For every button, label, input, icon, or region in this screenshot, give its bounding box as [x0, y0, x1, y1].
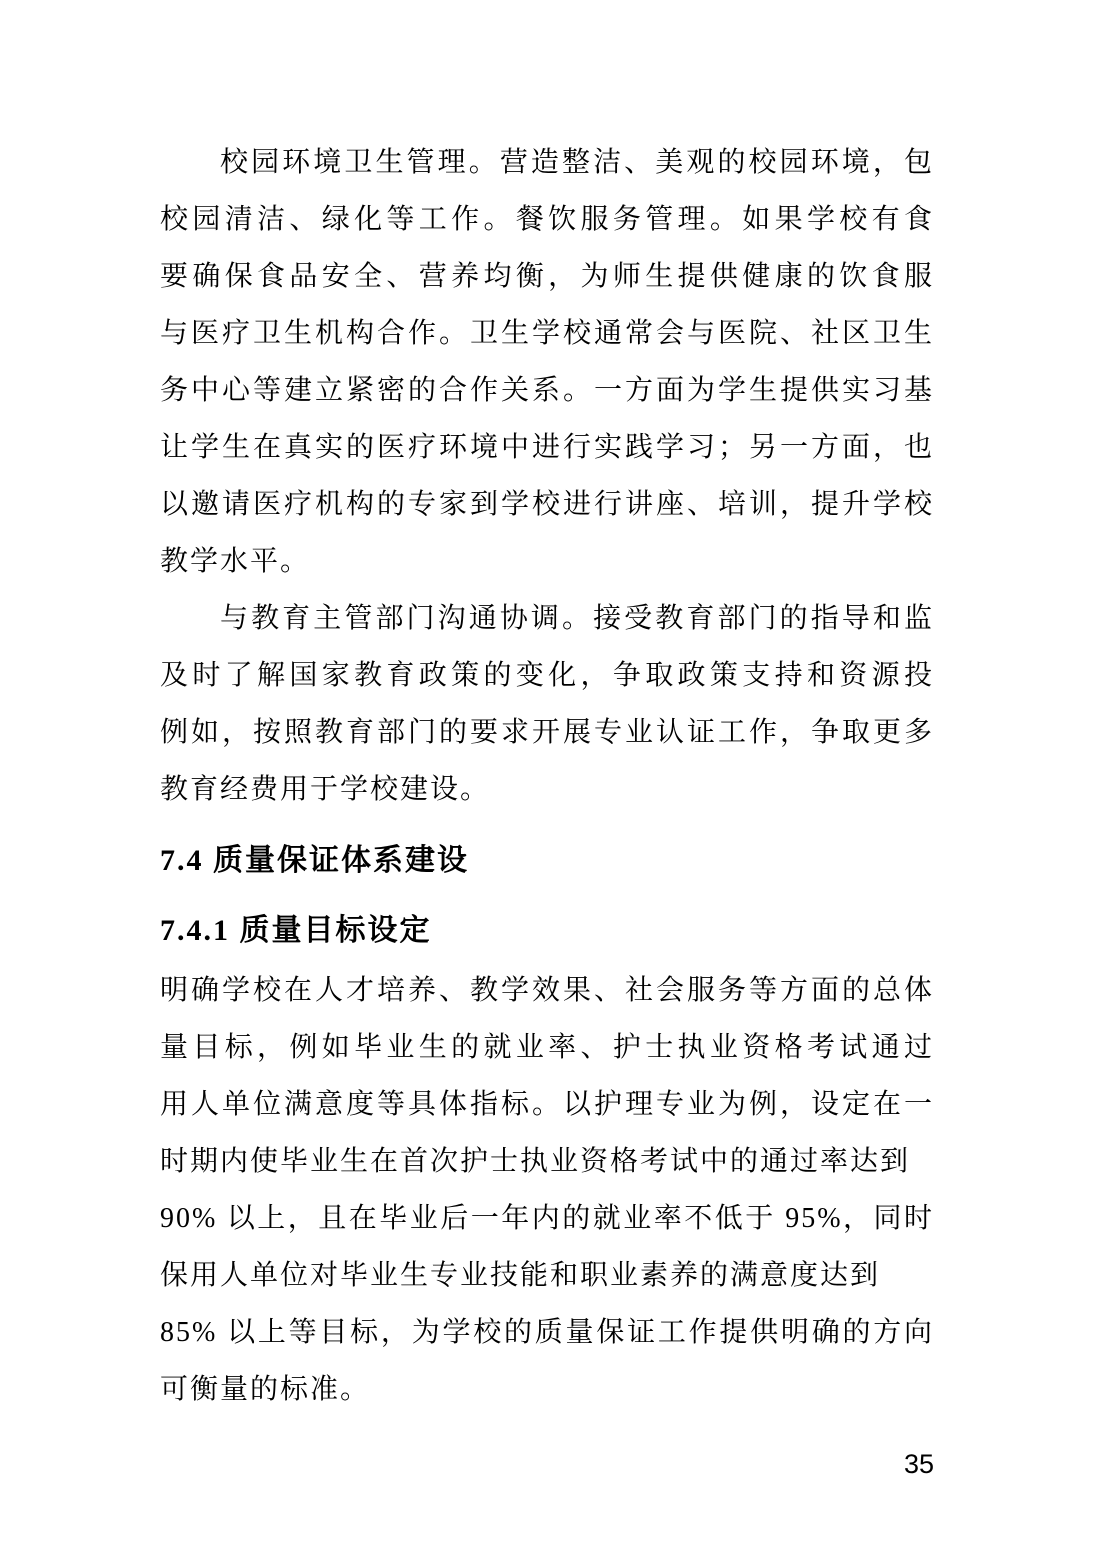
body-text-column: 校园环境卫生管理。营造整洁、美观的校园环境，包括 校园清洁、绿化等工作。餐饮服务…	[160, 134, 934, 1418]
text-line: 要确保食品安全、营养均衡，为师生提供健康的饮食服务。	[160, 248, 934, 305]
text-line: 及时了解国家教育政策的变化，争取政策支持和资源投入。	[160, 647, 934, 704]
text-line: 明确学校在人才培养、教学效果、社会服务等方面的总体质	[160, 962, 934, 1019]
text-line: 90% 以上，且在毕业后一年内的就业率不低于 95%，同时确	[160, 1190, 934, 1247]
paragraph-education-dept: 与教育主管部门沟通协调。接受教育部门的指导和监督， 及时了解国家教育政策的变化，…	[160, 590, 934, 818]
text-line: 校园清洁、绿化等工作。餐饮服务管理。如果学校有食堂，	[160, 191, 934, 248]
text-line: 85% 以上等目标，为学校的质量保证工作提供明确的方向和	[160, 1304, 934, 1361]
text-line: 与医疗卫生机构合作。卫生学校通常会与医院、社区卫生服	[160, 305, 934, 362]
text-line: 务中心等建立紧密的合作关系。一方面为学生提供实习基地，	[160, 362, 934, 419]
text-line: 保用人单位对毕业生专业技能和职业素养的满意度达到	[160, 1247, 934, 1304]
text-line: 以邀请医疗机构的专家到学校进行讲座、培训，提升学校的	[160, 476, 934, 533]
paragraph-quality-goal: 明确学校在人才培养、教学效果、社会服务等方面的总体质 量目标，例如毕业生的就业率…	[160, 962, 934, 1418]
text-line: 教育经费用于学校建设。	[160, 761, 934, 818]
section-heading: 7.4 质量保证体系建设	[160, 832, 934, 889]
text-line: 用人单位满意度等具体指标。以护理专业为例，设定在一定	[160, 1076, 934, 1133]
page-number: 35	[160, 1444, 934, 1484]
text-line: 时期内使毕业生在首次护士执业资格考试中的通过率达到	[160, 1133, 934, 1190]
text-line: 与教育主管部门沟通协调。接受教育部门的指导和监督，	[160, 590, 934, 647]
text-line: 可衡量的标准。	[160, 1361, 934, 1418]
document-page: 校园环境卫生管理。营造整洁、美观的校园环境，包括 校园清洁、绿化等工作。餐饮服务…	[0, 0, 1102, 1559]
text-line: 教学水平。	[160, 533, 934, 590]
text-line: 校园环境卫生管理。营造整洁、美观的校园环境，包括	[160, 134, 934, 191]
paragraph-campus-management: 校园环境卫生管理。营造整洁、美观的校园环境，包括 校园清洁、绿化等工作。餐饮服务…	[160, 134, 934, 590]
text-line: 量目标，例如毕业生的就业率、护士执业资格考试通过率、	[160, 1019, 934, 1076]
text-line: 例如，按照教育部门的要求开展专业认证工作，争取更多的	[160, 704, 934, 761]
subsection-heading: 7.4.1 质量目标设定	[160, 902, 934, 959]
text-line: 让学生在真实的医疗环境中进行实践学习；另一方面，也可	[160, 419, 934, 476]
